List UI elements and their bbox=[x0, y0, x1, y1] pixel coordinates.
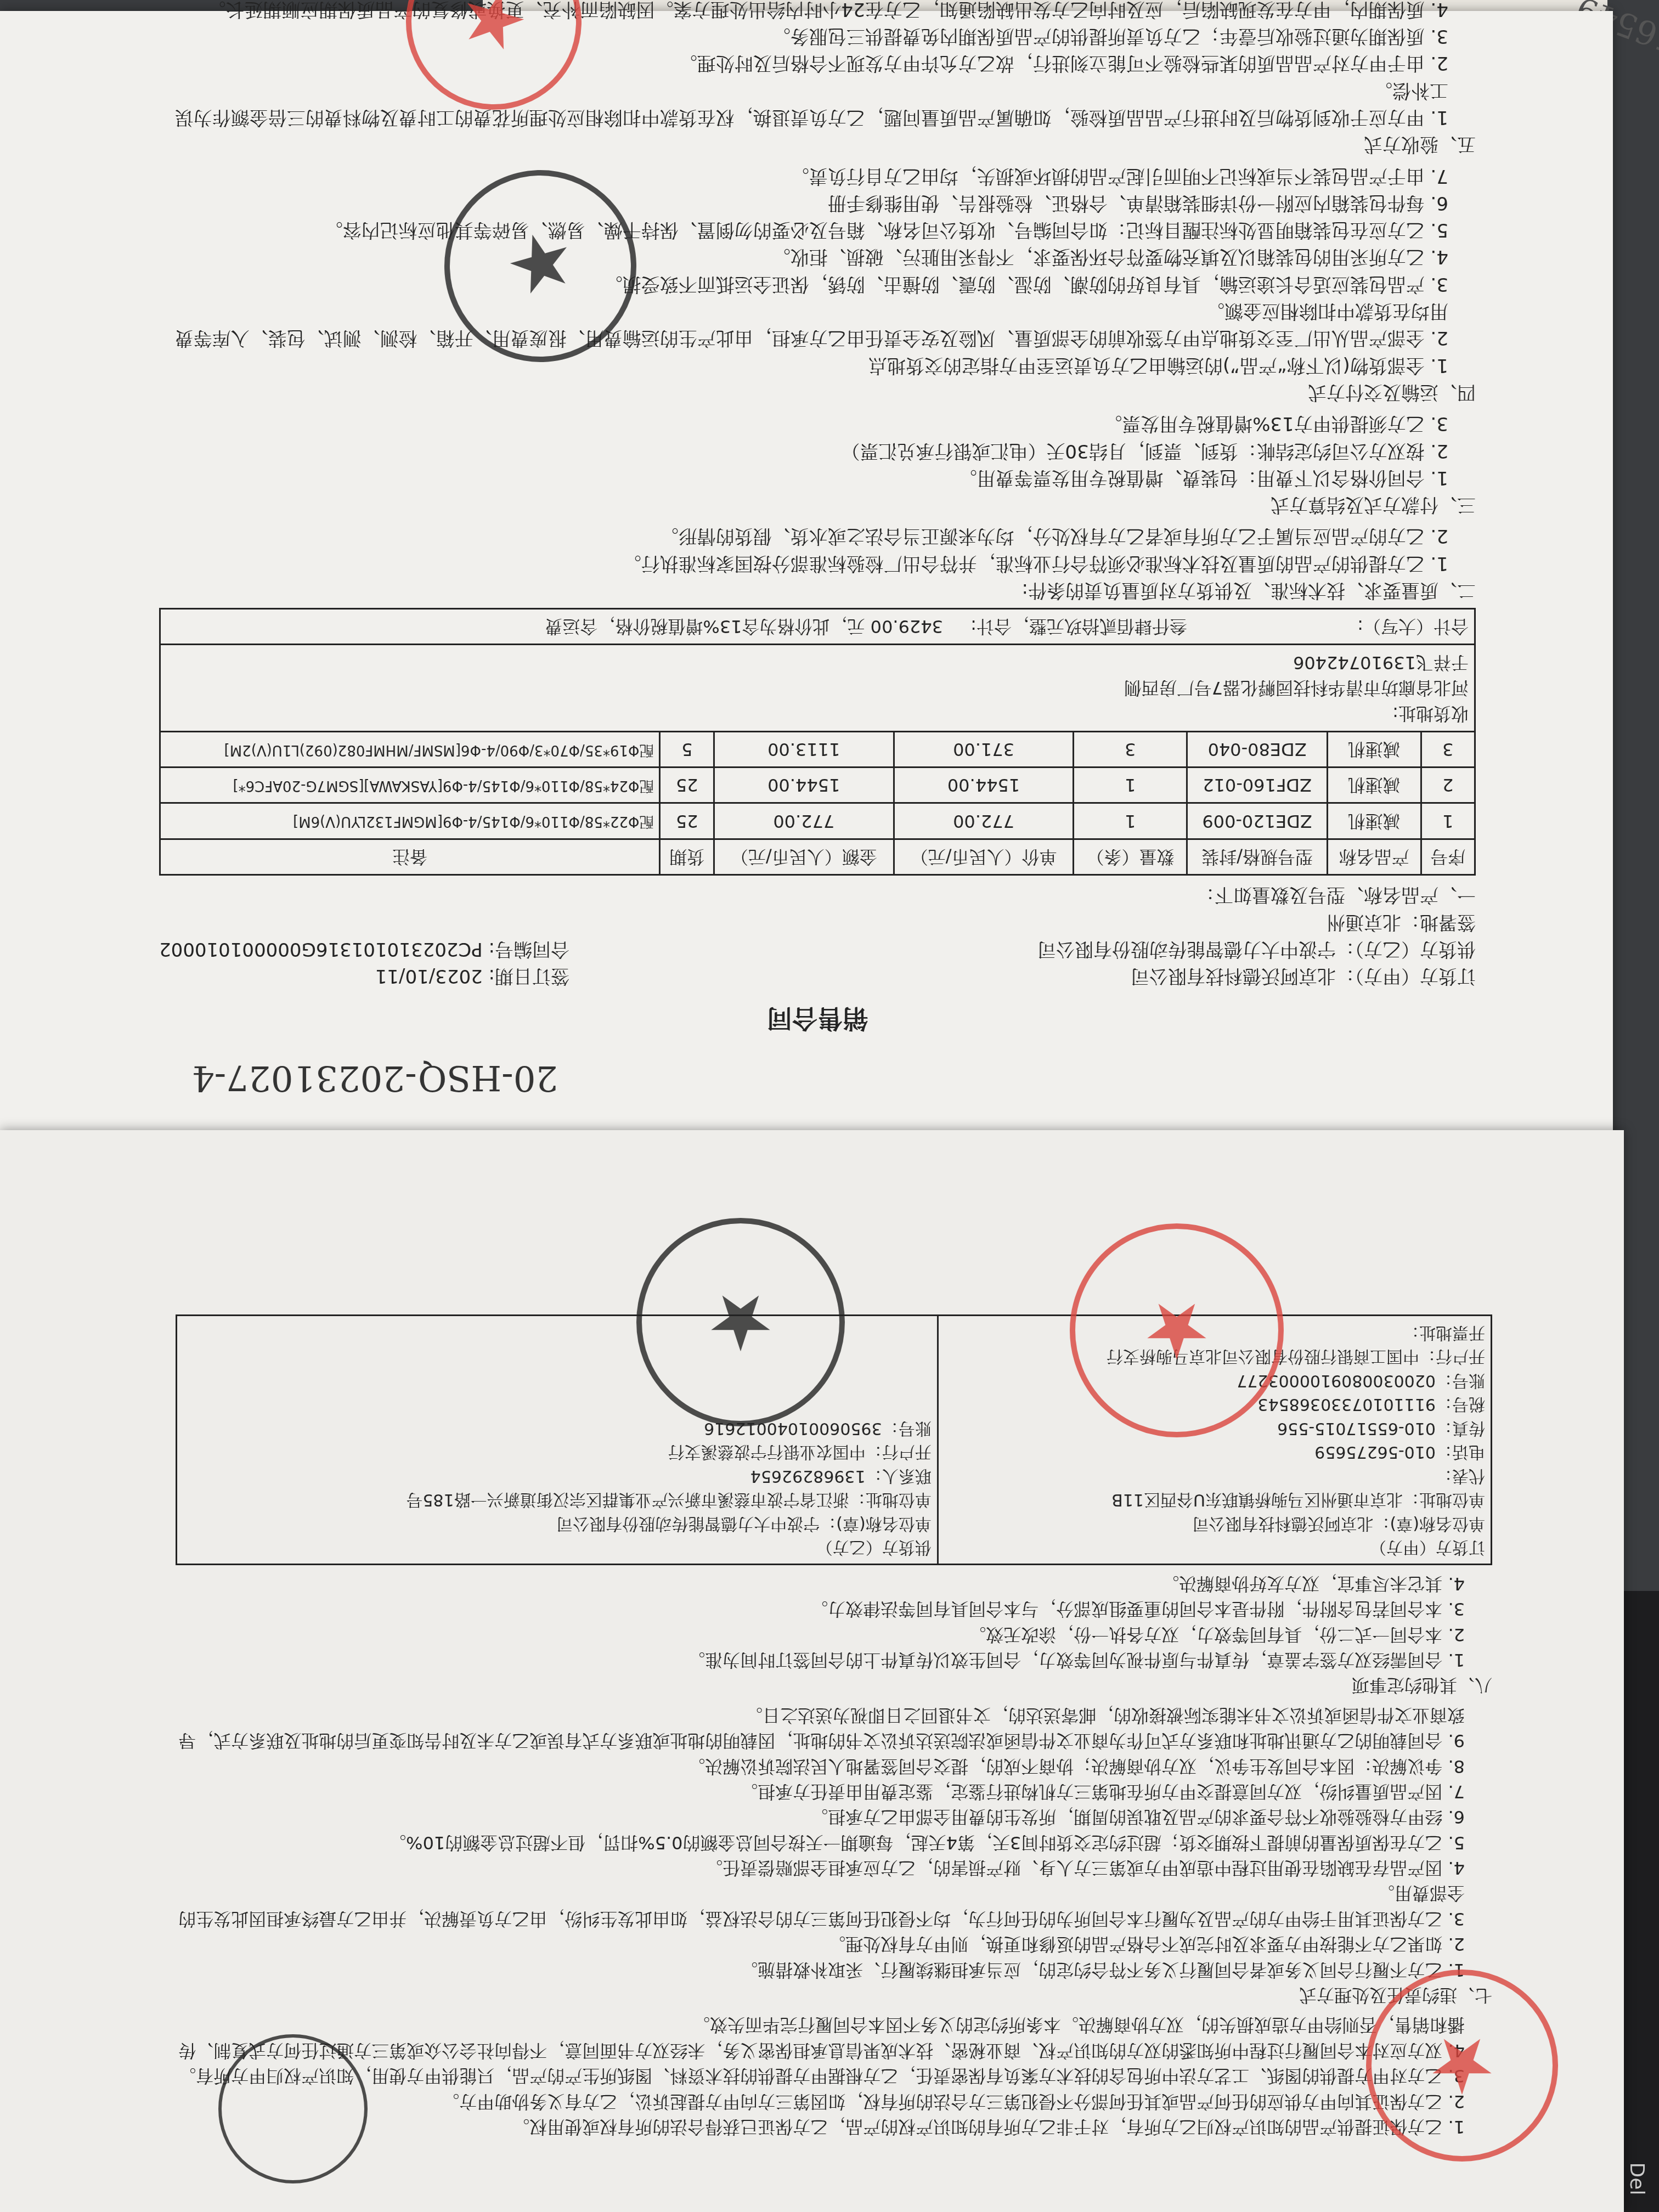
column-header: 序号 bbox=[1421, 839, 1475, 874]
clause: 7. 因产品质量纠纷，双方同意提交甲方所在地第三方机构进行鉴定，鉴定费用由责任方… bbox=[176, 1779, 1492, 1804]
clause: 3. 产品包装应适合长途运输，具有良好的防潮、防湿、防震、防撞击、防锈，保证全运… bbox=[159, 270, 1476, 297]
clause: 3. 乙方对甲方提供的图纸、工艺方法中所包含的技术方案负有保密责任，乙方根据甲方… bbox=[176, 2063, 1492, 2089]
seller-contact: 联系人：13968292654 bbox=[183, 1464, 932, 1488]
clause: 3. 乙方保证其用于给甲方的产品及为履行本合同所为的任何行为，均不侵犯任何第三方… bbox=[176, 1881, 1492, 1932]
clause: 1. 乙方保证提供产品的知识产权归乙方所有，对于非乙方所有的知识产权的产品，乙方… bbox=[176, 2114, 1492, 2140]
buyer-address: 单位地址：北京市通州区马驹桥镇联东U谷西区11B bbox=[944, 1488, 1485, 1512]
seller-bank: 开户行：中国农业银行宁波慈溪支行 bbox=[183, 1440, 932, 1464]
table-cell: ZDF160-012 bbox=[1187, 767, 1327, 803]
contract-no: PC20231010131​6G000001010002 bbox=[159, 938, 483, 960]
buyer-stamp-2: ★ bbox=[1366, 1970, 1558, 2162]
clause: 6. 经甲方检验验收不符合要求的产品及耽误的周期，所发生的费用全部由乙方承担。 bbox=[176, 1804, 1492, 1830]
table-cell: 配Φ19*35/Φ70*3/Φ90/4-Φ6[MSMF/MHMF082(092)… bbox=[160, 731, 661, 767]
contract-page-2: 1. 乙方保证提供产品的知识产权归乙方所有，对于非乙方所有的知识产权的产品，乙方… bbox=[0, 1130, 1624, 2212]
seller-stamp: ★ bbox=[636, 1218, 845, 1426]
table-row: 1减速机ZDE120-0091772.00772.0025配Φ22*58/Φ11… bbox=[160, 803, 1475, 839]
contract-no-label: 合同编号: bbox=[489, 938, 569, 960]
clause: 9. 合同载明的乙方通讯地址和联系方式可作为商业文件信函或法院送达诉讼文书的地址… bbox=[176, 1702, 1492, 1753]
table-cell: 1544.00 bbox=[894, 767, 1074, 803]
table-cell: 减速机 bbox=[1327, 803, 1421, 839]
section-title: 七、违约责任及处理方式 bbox=[176, 1983, 1492, 2008]
clause: 1. 合同需经双方签字盖章，传真件与原件视为同等效力，合同生效以传真件上的合同签… bbox=[176, 1647, 1492, 1673]
sign-date: 2023/10/11 bbox=[375, 965, 483, 987]
place-line: 签署地：北京通州 bbox=[1037, 908, 1476, 935]
table-cell: ZDE120-009 bbox=[1187, 803, 1327, 839]
section-1-title: 一、产品名称、型号及数量如下： bbox=[159, 881, 1476, 908]
total-note: 元，此价格为含13%增值税价格，含运费 bbox=[545, 616, 865, 637]
table-cell: 772.00 bbox=[714, 803, 894, 839]
page-1-content: 20-HSQ-20231027-4 销售合同 订货方（甲方）：北京阿沃德科技有限… bbox=[159, 110, 1476, 1042]
table-cell: 772.00 bbox=[894, 803, 1074, 839]
clause: 4. 质保期内，甲方在发现缺陷后，应及时向乙方发出缺陷通知，乙方在24小时内给出… bbox=[159, 0, 1476, 22]
star-icon: ★ bbox=[442, 0, 545, 86]
clause: 1. 乙方提供的产品的质量及技术标准必须符合行业标准，并符合出厂检验标准部分按国… bbox=[159, 549, 1476, 576]
product-table: 序号产品名称型号规格/封装数量（条）单价（人民币/元）金额（人民币/元）货期备注… bbox=[159, 608, 1476, 876]
total-words: 叁仟肆佰贰拾玖元整，合计: bbox=[970, 616, 1187, 637]
section-title: 四、运输及交付方式 bbox=[159, 379, 1476, 405]
buyer-heading: 订货方（甲方） bbox=[944, 1536, 1485, 1560]
contract-page-1: 20-HSQ-20231027-4 销售合同 订货方（甲方）：北京阿沃德科技有限… bbox=[0, 11, 1613, 1141]
seller-address: 单位地址：浙江省宁波市慈溪市新兴产业集群区宗汉街道新兴一路185号 bbox=[183, 1488, 932, 1512]
clause: 2. 乙方保证其向甲方供应的任何产品或其任何部分不侵犯第三方合法的所有权，如因第… bbox=[176, 2089, 1492, 2114]
column-header: 型号规格/封装 bbox=[1187, 839, 1327, 874]
clause: 2. 全部产品从出厂至交货地点甲方签收前的全部质量、风险及安全责任由乙方承担，由… bbox=[159, 297, 1476, 352]
table-row: 3减速机ZDE80-0403371.001113.005配Φ19*35/Φ70*… bbox=[160, 731, 1475, 767]
column-header: 产品名称 bbox=[1327, 839, 1421, 874]
seller-stamp-2 bbox=[218, 2034, 368, 2183]
total-amount: 3429.00 bbox=[871, 616, 943, 637]
column-header: 货期 bbox=[660, 839, 714, 874]
column-header: 单价（人民币/元） bbox=[894, 839, 1074, 874]
clause: 2. 按双方公司约定结帐：货到、票到，月结30天（电汇或银行承兑汇票） bbox=[159, 437, 1476, 464]
clause: 1. 全部货物(以下称“产品”)的运输由乙方负责运至甲方指定的交货地点 bbox=[159, 351, 1476, 378]
address-value: 河北省廊坊市清华科技园孵化器7号厂房西侧 bbox=[166, 675, 1469, 701]
star-icon: ★ bbox=[1142, 1275, 1211, 1386]
clause: 3. 质保期为通过验收后壹年；乙方负责所提供的产品质保期内免费提供三包服务。 bbox=[159, 22, 1476, 49]
clause: 2. 如果乙方不能按甲方要求及时完成不合格产品的返修和更换，则甲方有权处理。 bbox=[176, 1932, 1492, 1957]
clause: 1. 甲方应于收到货物后及时进行产品品质检验，如确属产品质量问题，乙方负责退换，… bbox=[159, 76, 1476, 131]
contact-value: 于祥飞13910742406 bbox=[166, 650, 1469, 675]
clause: 2. 本合同一式二份，具有同等效力，双方各执一份，涂改无效。 bbox=[176, 1622, 1492, 1647]
clause: 2. 乙方的产品应当属于乙方所有或者乙方有权处分，均为来源正当合法之或水货、假货… bbox=[159, 522, 1476, 549]
handwritten-reference: 20-HSQ-20231027-4 bbox=[192, 1052, 558, 1103]
clause: 4. 乙方所采用的包装箱以及填充物要符合环保要求，不得采用脏污、破损、拒收。 bbox=[159, 243, 1476, 270]
table-cell: 371.00 bbox=[894, 731, 1074, 767]
page-2-content: 1. 乙方保证提供产品的知识产权归乙方所有，对于非乙方所有的知识产权的产品，乙方… bbox=[176, 1180, 1492, 2140]
clause: 2. 由于甲方对产品品质的某些检验不可能立刻进行，故乙方允许甲方发现不合格后及时… bbox=[159, 49, 1476, 76]
sign-date-label: 签订日期: bbox=[489, 965, 569, 987]
clause: 7. 由于产品包装不当或标记不明而引起产品的损坏或损失，均由乙方自行负责。 bbox=[159, 162, 1476, 189]
seller-account: 账号：39506001040012616 bbox=[183, 1416, 932, 1440]
clause: 6. 每件包装箱内应附一份详细装箱清单、合格证、检验报告、使用维修手册 bbox=[159, 189, 1476, 216]
table-cell: 1113.00 bbox=[714, 731, 894, 767]
clause: 1. 乙方不履行合同义务或者合同履行义务不符合约定的，应当承担继续履行、采取补救… bbox=[176, 1957, 1492, 1982]
table-cell: 1 bbox=[1074, 767, 1187, 803]
table-cell: 减速机 bbox=[1327, 731, 1421, 767]
clause: 4. 因产品存在缺陷在使用过程中造成甲方或第三方人身、财产损害的，乙方应承担全部… bbox=[176, 1855, 1492, 1881]
section-title: 五、验收方式 bbox=[159, 131, 1476, 157]
address-cell: 收货地址: 河北省廊坊市清华科技园孵化器7号厂房西侧 于祥飞1391074240… bbox=[160, 645, 1475, 731]
clause: 3. 乙方须提供甲方13%增值税专用发票。 bbox=[159, 410, 1476, 437]
terms-page-2: 1. 乙方保证提供产品的知识产权归乙方所有，对于非乙方所有的知识产权的产品，乙方… bbox=[176, 1571, 1492, 2140]
table-cell: 1 bbox=[1421, 803, 1475, 839]
clause: 3. 本合同若包含附件，附件是本合同的重要组成部分，与本合同具有同等法律效力。 bbox=[176, 1596, 1492, 1622]
table-cell: 3 bbox=[1074, 731, 1187, 767]
total-label: 合计（大写）: bbox=[1357, 616, 1469, 637]
seller-name: 单位名称(章)：宁波中大力德智能传动股份有限公司 bbox=[183, 1511, 932, 1536]
clause: 4. 其它未尽事宜，双方友好协商解决。 bbox=[176, 1571, 1492, 1596]
table-cell: 1544.00 bbox=[714, 767, 894, 803]
section-title: 二、质量要求、技术标准、及供货方对质量负责的条件: bbox=[159, 577, 1476, 603]
table-cell: 3 bbox=[1421, 731, 1475, 767]
clause: 5. 乙方应在包装箱明显处标注醒目标记：如合同编号、收货公司名称、箱号及必要的勿… bbox=[159, 216, 1476, 243]
table-cell: 5 bbox=[660, 731, 714, 767]
del-key: Del bbox=[1626, 2163, 1649, 2196]
seller-line: 供货方（乙方）：宁波中大力德智能传动股份有限公司 bbox=[1037, 935, 1476, 962]
table-cell: 配Φ22*58/Φ110*6/Φ145/4-Φ9[MGMF132LYU(V)6M… bbox=[160, 803, 661, 839]
star-icon: ★ bbox=[489, 202, 591, 330]
column-header: 金额（人民币/元） bbox=[714, 839, 894, 874]
table-row: 2减速机ZDF160-01211544.001544.0025配Φ24*58/Φ… bbox=[160, 767, 1475, 803]
section-title: 八、其他约定事项 bbox=[176, 1673, 1492, 1698]
table-cell: 2 bbox=[1421, 767, 1475, 803]
clause: 8. 争议解决：因本合同发生争议，双方协商解决；协商不成的，提交合同签署地人民法… bbox=[176, 1753, 1492, 1779]
table-cell: 25 bbox=[660, 803, 714, 839]
column-header: 备注 bbox=[160, 839, 661, 874]
buyer-stamp: ★ bbox=[1070, 1223, 1284, 1437]
section-title: 三、付款方式及结算方式 bbox=[159, 491, 1476, 518]
column-header: 数量（条） bbox=[1074, 839, 1187, 874]
clause: 4. 双方应对本合同履行过程中所知悉的双方的知识产权、商业秘密、技术成果信息承担… bbox=[176, 2012, 1492, 2063]
buyer-line: 订货方（甲方）：北京阿沃德科技有限公司 bbox=[1037, 962, 1476, 989]
buyer-name: 单位名称(章)：北京阿沃德科技有限公司 bbox=[944, 1511, 1485, 1536]
contract-title: 销售合同 bbox=[159, 1000, 1476, 1037]
terms-page-1: 二、质量要求、技术标准、及供货方对质量负责的条件:1. 乙方提供的产品的质量及技… bbox=[159, 0, 1476, 603]
address-label: 收货地址: bbox=[166, 701, 1469, 726]
total-cell: 合计（大写）: 叁仟肆佰贰拾玖元整，合计: 3429.00 元，此价格为含13%… bbox=[160, 609, 1475, 645]
clause: 5. 乙方在保质保量的前提下按期交货；超过约定交货时间3天，第4天起，每逾期一天… bbox=[176, 1830, 1492, 1855]
star-icon: ★ bbox=[706, 1267, 775, 1378]
buyer-rep: 代表： bbox=[944, 1464, 1485, 1488]
table-cell: 配Φ24*58/Φ110*6/Φ145/4-Φ9[YASKAWA][SGM7G-… bbox=[160, 767, 661, 803]
table-cell: ZDE80-040 bbox=[1187, 731, 1327, 767]
table-cell: 25 bbox=[660, 767, 714, 803]
table-cell: 1 bbox=[1074, 803, 1187, 839]
seller-heading: 供货方（乙方） bbox=[183, 1536, 932, 1560]
star-icon: ★ bbox=[1427, 2010, 1497, 2121]
buyer-phone: 电话：010-56275659 bbox=[944, 1440, 1485, 1464]
table-cell: 减速机 bbox=[1327, 767, 1421, 803]
clause: 1. 合同价格含以下费用：包装费、增值税专用发票等费用。 bbox=[159, 464, 1476, 491]
